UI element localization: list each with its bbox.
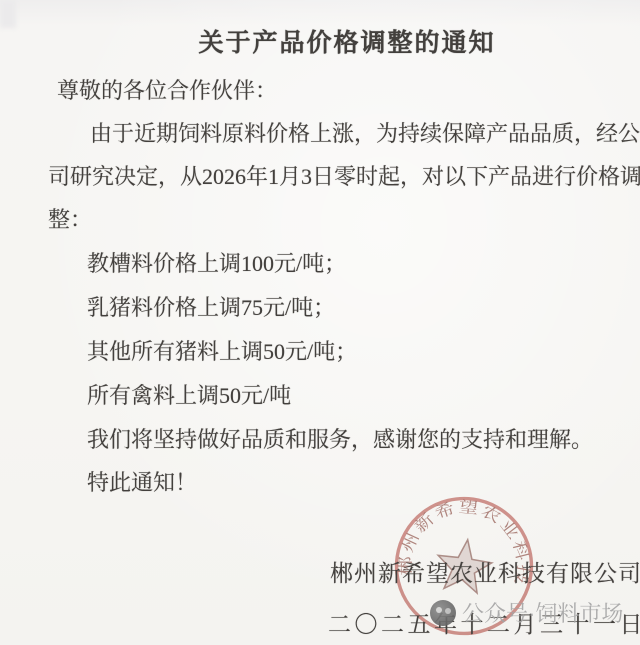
- closing-line: 特此通知！: [87, 470, 197, 496]
- paragraph-line: 整：: [48, 207, 92, 233]
- price-item: 所有禽料上调50元/吨: [87, 383, 291, 409]
- salutation: 尊敬的各位合作伙伴：: [57, 78, 277, 104]
- paragraph-line: 由于近期饲料原料价格上涨，为持续保障产品品质，经公: [90, 121, 640, 147]
- paragraph-line: 司研究决定，从2026年1月3日零时起，对以下产品进行价格调: [48, 164, 640, 190]
- closing-line: 我们将坚持做好品质和服务，感谢您的支持和理解。: [87, 427, 593, 453]
- scan-corner-shadow: [0, 0, 16, 28]
- watermark: 公众号·饲料市场: [430, 597, 623, 628]
- panda-logo-icon: [430, 600, 456, 626]
- price-item: 其他所有猪料上调50元/吨；: [87, 339, 357, 365]
- price-item: 教槽料价格上调100元/吨；: [87, 251, 346, 277]
- notice-title: 关于产品价格调整的通知: [54, 23, 640, 59]
- notice-document: 关于产品价格调整的通知 尊敬的各位合作伙伴： 由于近期饲料原料价格上涨，为持续保…: [0, 0, 640, 645]
- company-signature: 郴州新希望农业科技有限公司: [330, 561, 640, 587]
- price-item: 乳猪料价格上调75元/吨；: [87, 295, 335, 321]
- watermark-text: 公众号·饲料市场: [462, 597, 623, 628]
